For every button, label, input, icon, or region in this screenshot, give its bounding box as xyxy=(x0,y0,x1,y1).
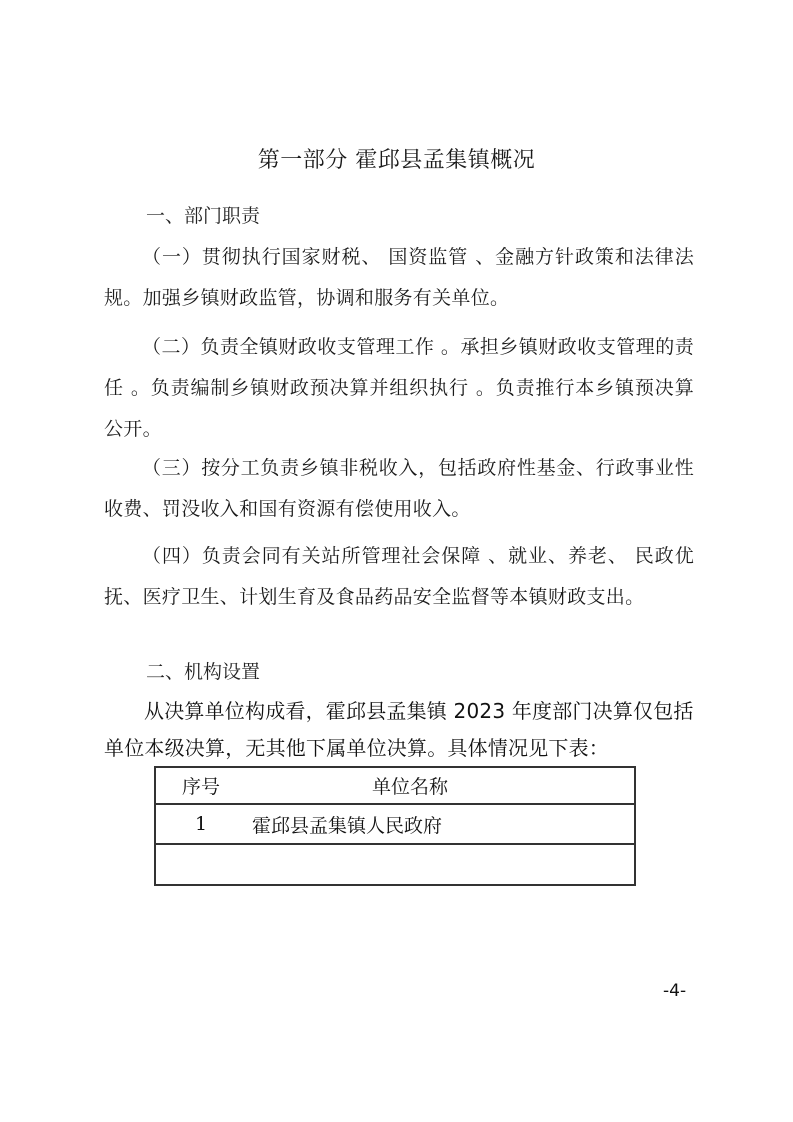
column-header-unit-name: 单位名称 xyxy=(246,772,634,799)
duty-paragraph-4: （四）负责会同有关站所管理社会保障 、就业、养老、 民政优抚、医疗卫生、计划生育… xyxy=(104,536,694,618)
table-row-empty xyxy=(156,845,634,884)
section-heading-duties: 一、部门职责 xyxy=(146,201,260,228)
column-header-number: 序号 xyxy=(156,772,246,799)
table-cell-number: 1 xyxy=(156,813,246,835)
organization-paragraph: 从决算单位构成看，霍邱县孟集镇 2023 年度部门决算仅包括单位本级决算，无其他… xyxy=(104,693,704,767)
duty-paragraph-3: （三）按分工负责乡镇非税收入，包括政府性基金、行政事业性收费、罚没收入和国有资源… xyxy=(104,448,694,530)
section-heading-organization: 二、机构设置 xyxy=(146,657,260,684)
page-number: -4- xyxy=(663,981,686,1001)
table-cell-unit-name: 霍邱县孟集镇人民政府 xyxy=(246,811,634,838)
page-title: 第一部分 霍邱县孟集镇概况 xyxy=(0,143,793,174)
duty-paragraph-1: （一）贯彻执行国家财税、 国资监管 、金融方针政策和法律法规。加强乡镇财政监管，… xyxy=(104,237,694,319)
unit-table: 序号 单位名称 1 霍邱县孟集镇人民政府 xyxy=(154,766,636,886)
table-row: 1 霍邱县孟集镇人民政府 xyxy=(156,805,634,845)
duty-paragraph-2: （二）负责全镇财政收支管理工作 。承担乡镇财政收支管理的责任 。负责编制乡镇财政… xyxy=(104,327,694,450)
table-header-row: 序号 单位名称 xyxy=(156,768,634,805)
